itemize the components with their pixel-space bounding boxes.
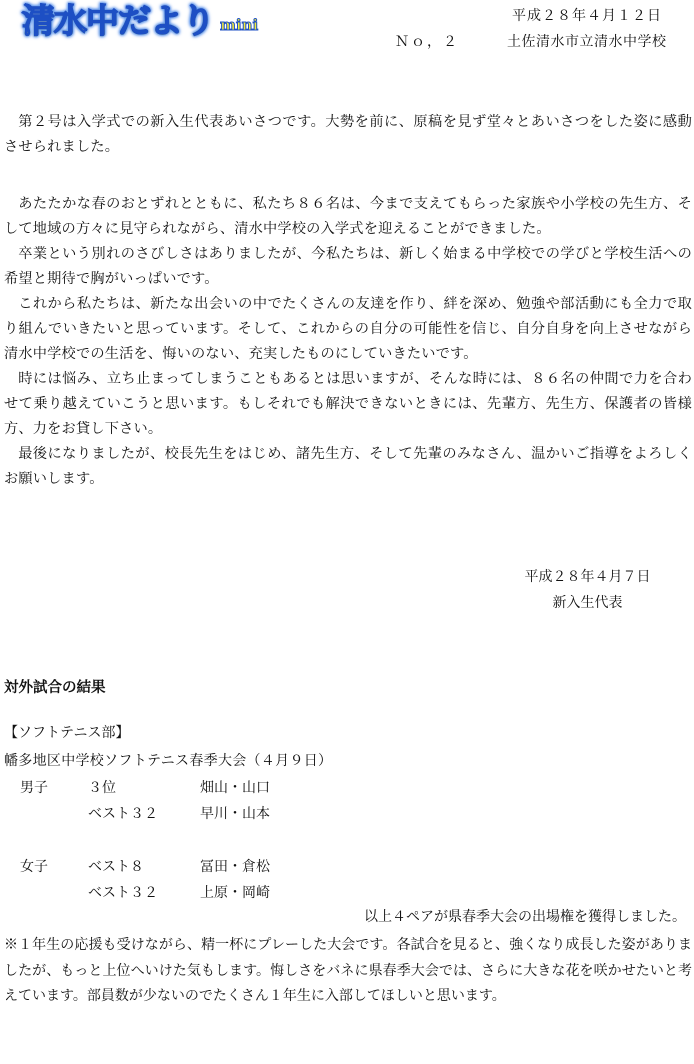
speech-paragraph: 時には悩み、立ち止まってしまうこともあるとは思いますが、そんな時には、８６名の仲…	[4, 367, 692, 442]
logo-mini-badge: mini	[220, 16, 258, 34]
speech-paragraph: あたたかな春のおとずれとともに、私たち８６名は、今まで支えてもらった家族や小学校…	[4, 192, 692, 242]
club-name: 【ソフトテニス部】	[4, 722, 129, 742]
result-rank: ベスト８	[88, 857, 144, 877]
section-title: 対外試合の結果	[4, 676, 106, 697]
club-comment: ※１年生の応援も受けながら、精一杯にプレーした大会です。各試合を見ると、強くなり…	[4, 933, 692, 1010]
event-name: 幡多地区中学校ソフトテニス春季大会（４月９日）	[4, 750, 332, 770]
school-name: 土佐清水市立清水中学校	[507, 33, 667, 51]
issue-number: Ｎｏ，２	[395, 33, 459, 51]
intro-paragraph: 第２号は入学式での新入生代表あいさつです。大勢を前に、原稿を見ず堂々とあいさつを…	[4, 110, 692, 160]
speech-signature-name: 新入生代表	[500, 591, 675, 615]
speech-body: あたたかな春のおとずれとともに、私たち８６名は、今まで支えてもらった家族や小学校…	[4, 192, 692, 492]
result-pair: 上原・岡崎	[200, 883, 270, 903]
newsletter-logo: 清水中だより mini	[22, 0, 258, 40]
speech-paragraph: 最後になりましたが、校長先生をはじめ、諸先生方、そして先輩のみなさん、温かいご指…	[4, 442, 692, 492]
speech-paragraph: 卒業という別れのさびしさはありましたが、今私たちは、新しく始まる中学校での学びと…	[4, 242, 692, 292]
issue-date: 平成２８年４月１２日	[512, 7, 662, 25]
result-gender: 男子	[20, 778, 48, 798]
qualification-note: 以上４ペアが県春季大会の出場権を獲得しました。	[364, 906, 686, 926]
speech-paragraph: これから私たちは、新たな出会いの中でたくさんの友達を作り、絆を深め、勉強や部活動…	[4, 292, 692, 367]
result-rank: ベスト３２	[88, 883, 158, 903]
result-pair: 早川・山本	[200, 804, 270, 824]
speech-signature-date: 平成２８年４月７日	[500, 565, 675, 589]
club-comment-text: ※１年生の応援も受けながら、精一杯にプレーした大会です。各試合を見ると、強くなり…	[4, 933, 692, 1010]
result-rank: ３位	[88, 778, 116, 798]
result-gender: 女子	[20, 857, 48, 877]
result-pair: 冨田・倉松	[200, 857, 270, 877]
result-pair: 畑山・山口	[200, 778, 270, 798]
result-rank: ベスト３２	[88, 804, 158, 824]
intro-text: 第２号は入学式での新入生代表あいさつです。大勢を前に、原稿を見ず堂々とあいさつを…	[4, 110, 692, 160]
logo-title: 清水中だより	[22, 2, 214, 40]
